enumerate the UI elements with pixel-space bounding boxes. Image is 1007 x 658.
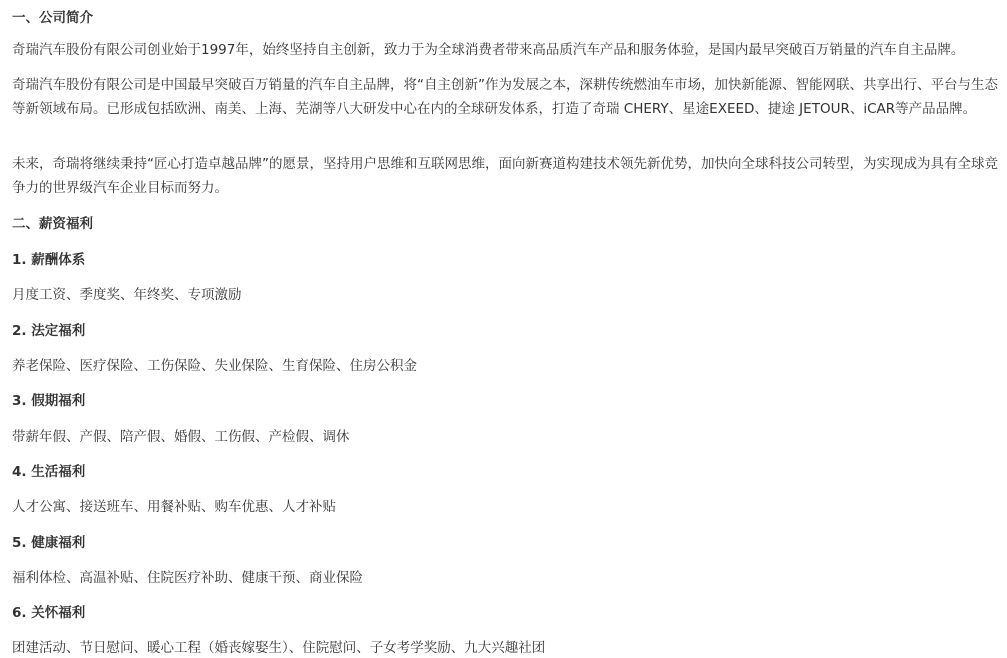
- section-heading-company-intro: 一、公司简介: [12, 6, 999, 26]
- subsection-content-holidays: 带薪年假、产假、陪产假、婚假、工伤假、产检假、调休: [12, 425, 999, 445]
- subsection-content-care: 团建活动、节日慰问、暖心工程（婚丧嫁娶生）、住院慰问、子女考学奖励、九大兴趣社团: [12, 636, 999, 656]
- section-heading-salary-benefits: 二、薪资福利: [12, 212, 999, 232]
- subsection-content-compensation: 月度工资、季度奖、年终奖、专项激励: [12, 283, 999, 303]
- intro-paragraph-1: 奇瑞汽车股份有限公司创业始于1997年，始终坚持自主创新，致力于为全球消费者带来…: [12, 38, 999, 62]
- subsection-title-living: 4. 生活福利: [12, 460, 999, 480]
- intro-paragraph-2: 奇瑞汽车股份有限公司是中国最早突破百万销量的汽车自主品牌，将“自主创新”作为发展…: [12, 73, 999, 121]
- subsection-title-holidays: 3. 假期福利: [12, 389, 999, 409]
- subsection-title-statutory: 2. 法定福利: [12, 319, 999, 339]
- subsection-content-statutory: 养老保险、医疗保险、工伤保险、失业保险、生育保险、住房公积金: [12, 354, 999, 374]
- intro-paragraph-3: 未来，奇瑞将继续秉持“匠心打造卓越品牌”的愿景，坚持用户思维和互联网思维，面向新…: [12, 152, 999, 200]
- subsection-title-health: 5. 健康福利: [12, 531, 999, 551]
- subsection-content-health: 福利体检、高温补贴、住院医疗补助、健康干预、商业保险: [12, 566, 999, 586]
- subsection-title-compensation: 1. 薪酬体系: [12, 248, 999, 268]
- subsection-content-living: 人才公寓、接送班车、用餐补贴、购车优惠、人才补贴: [12, 495, 999, 515]
- subsection-title-care: 6. 关怀福利: [12, 601, 999, 621]
